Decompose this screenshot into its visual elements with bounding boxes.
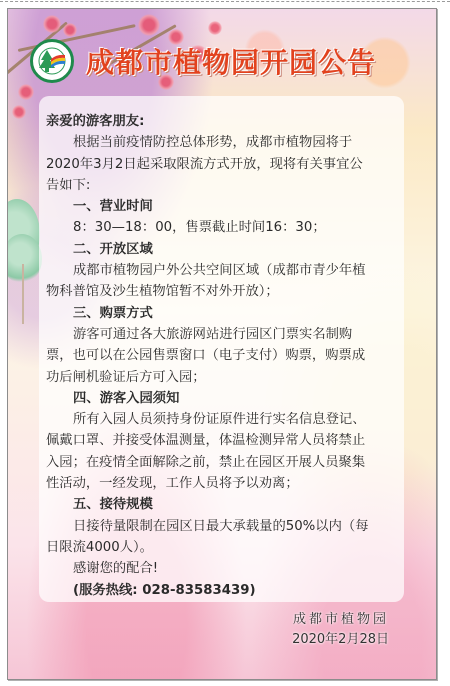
section-text: 入园；在疫情全面解除之前，禁止在园区开展人员聚集 <box>46 452 404 473</box>
intro-line: 2020年3月2日起采取限流方式开放，现将有关事宜公 <box>46 154 404 175</box>
signature-organization: 成都市植物园 <box>292 610 389 630</box>
thanks-text: 感谢您的配合! <box>46 558 404 579</box>
intro-line: 根据当前疫情防控总体形势，成都市植物园将于 <box>46 132 404 153</box>
blossom-decoration <box>138 14 160 36</box>
section-heading-hours: 一、营业时间 <box>46 196 404 217</box>
section-text: 日限流4000人）。 <box>46 537 404 558</box>
section-text: 性活动，一经发现，工作人员将予以劝离； <box>46 473 404 494</box>
section-text: 成都市植物园户外公共空间区域（成都市青少年植 <box>46 260 404 281</box>
notice-content-panel: 亲爱的游客朋友: 根据当前疫情防控总体形势，成都市植物园将于 2020年3月2日… <box>39 96 404 602</box>
section-text: 8：30—18：00，售票截止时间16：30； <box>46 217 404 238</box>
page-dotted-border <box>0 1 450 2</box>
section-heading-open-area: 二、开放区域 <box>46 239 404 260</box>
signature-block: 成都市植物园 2020年2月28日 <box>292 610 389 650</box>
section-text: 日接待量限制在园区日最大承载量的50%以内（每 <box>46 516 404 537</box>
blossom-decoration <box>18 84 34 100</box>
greeting: 亲爱的游客朋友: <box>46 111 404 132</box>
blossom-decoration <box>43 15 61 33</box>
section-heading-capacity: 五、接待规模 <box>46 494 404 515</box>
poster-header: 成都市植物园开园公告 <box>30 36 376 86</box>
section-text: 票，也可以在公园售票窗口（电子支付）购票，购票成 <box>46 345 404 366</box>
section-heading-entry-rules: 四、游客入园须知 <box>46 388 404 409</box>
announcement-poster: 成都市植物园开园公告 亲爱的游客朋友: 根据当前疫情防控总体形势，成都市植物园将… <box>7 8 437 680</box>
section-text: 所有入园人员须持身份证原件进行实名信息登记、 <box>46 409 404 430</box>
intro-line: 告如下: <box>46 175 404 196</box>
poster-title: 成都市植物园开园公告 <box>86 41 376 81</box>
blossom-decoration <box>208 21 222 35</box>
service-hotline: (服务热线: 028-83583439) <box>46 580 404 601</box>
section-text: 佩戴口罩、并接受体温测量，体温检测异常人员将禁止 <box>46 430 404 451</box>
tree-trunk-decoration <box>22 264 24 324</box>
signature-date: 2020年2月28日 <box>292 630 389 650</box>
section-text: 游客可通过各大旅游网站进行园区门票实名制购 <box>46 324 404 345</box>
section-heading-ticketing: 三、购票方式 <box>46 303 404 324</box>
blossom-decoration <box>12 105 26 119</box>
tree-decoration <box>7 234 42 284</box>
botanical-garden-logo-icon <box>30 39 74 83</box>
blossom-decoration <box>63 23 77 37</box>
section-text: 功后闸机验证后方可入园； <box>46 367 404 388</box>
section-text: 物科普馆及沙生植物馆暂不对外开放）； <box>46 281 404 302</box>
